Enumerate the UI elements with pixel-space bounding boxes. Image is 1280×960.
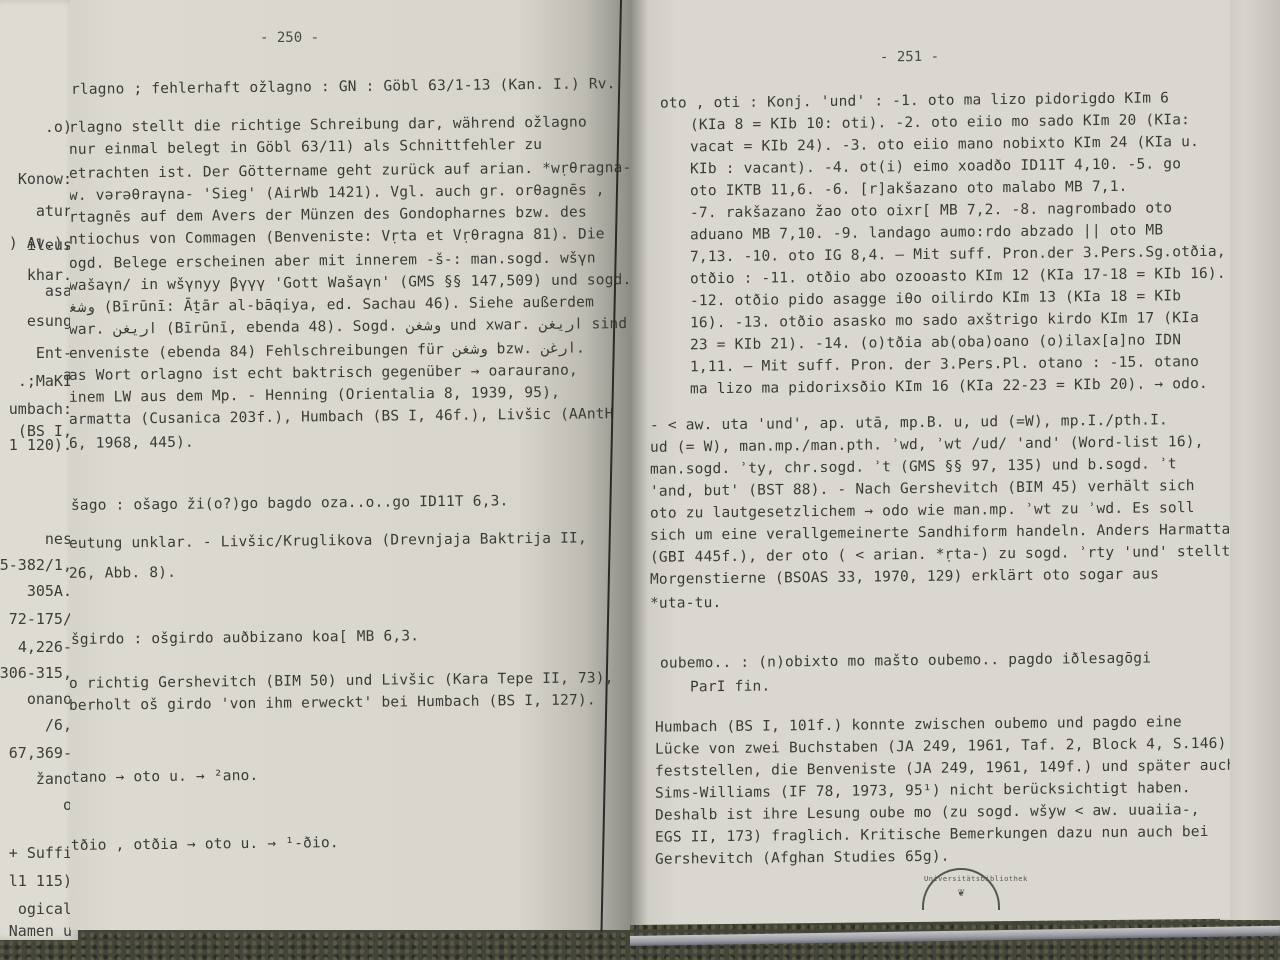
- fragment-line: 5-382/1,: [0, 556, 72, 574]
- left-page-line: ošgirdo : ošgirdo auðbizano koa[ MB 6,3.: [70, 628, 419, 648]
- right-page-line: Deshalb ist ihre Lesung oube mo (zu sogd…: [655, 802, 1200, 824]
- fragment-line: 4,226-: [18, 638, 72, 656]
- left-page-line: (nur einmal belegt in Göbl 63/11) als Sc…: [70, 137, 542, 158]
- right-page-line: sich um eine verallgemeinerte Sandhiform…: [650, 522, 1230, 544]
- fragment-line: . + Suffi: [0, 844, 72, 862]
- right-page-line: EGS II, 173) fraglich. Kritische Bemerku…: [655, 824, 1209, 846]
- right-page-line: Humbach (BS I, 101f.) konnte zwischen ou…: [655, 714, 1182, 736]
- left-page-line: einem LW aus dem Mp. - Henning (Oriental…: [70, 385, 560, 406]
- fragment-line: 305A.: [27, 582, 72, 600]
- right-page-line: Gershevitch (Afghan Studies 65g).: [655, 849, 950, 868]
- right-page-line: oto zu lautgesetzlichem → odo wie man.mp…: [650, 500, 1195, 522]
- right-page-line: aduano MB 7,10. -9. landago aumo:rdo abz…: [690, 222, 1163, 243]
- right-page-line: Lücke von zwei Buchstaben (JA 249, 1961,…: [655, 736, 1227, 758]
- right-page-line: *uta-tu.: [650, 595, 721, 612]
- right-page-line: (KIa 8 = KIb 10: oti). -2. oto eiio mo s…: [690, 112, 1190, 133]
- fragment-line: 67,369-: [9, 744, 72, 762]
- previous-page-fragment: .o)Konow:atur) Av.),ileuskhar.asaesung E…: [0, 0, 78, 940]
- library-emblem-icon: ❦: [924, 886, 998, 898]
- left-page-line: artagnēs auf dem Avers der Münzen des Go…: [70, 204, 587, 226]
- right-page-line: ParI fin.: [690, 679, 770, 696]
- fragment-line: .o): [45, 118, 72, 136]
- fragment-line: ileus: [27, 236, 72, 254]
- fragment-line: .;MaKI: [18, 372, 72, 390]
- right-page-line: otðio : -11. otðio abo ozooasto KIm 12 (…: [690, 266, 1226, 288]
- fragment-line: atur: [36, 202, 72, 220]
- left-page-line: ošago : ošago ži(o?)go bagdo oza..o..go …: [70, 493, 509, 514]
- left-page-line: überholt oš girdo 'von ihm erweckt' bei …: [70, 692, 596, 714]
- right-page-line: man.sogd. ʾty, chr.sogd. ʾt (GMS §§ 97, …: [650, 456, 1177, 478]
- left-page-line: Antiochus von Commagen (Benveniste: Vṛta…: [70, 226, 605, 248]
- left-page-line: otano → oto u. → ²ano.: [70, 768, 259, 786]
- right-page-line: ma lizo ma pidorixsðio KIm 16 (KIa 22-23…: [690, 376, 1208, 397]
- fragment-line: Konow:: [18, 170, 72, 188]
- right-page-line: oto IKTB 11,6. -6. [r]akšazano oto malab…: [690, 179, 1128, 200]
- fragment-line: Ent-: [36, 344, 72, 362]
- right-page-line: 'and, but' (BST 88). - Nach Gershevitch …: [650, 478, 1195, 500]
- right-page-line: (GBI 445f.), der oto ( < arian. *ṛta-) z…: [650, 544, 1230, 566]
- page-251: - 251 - oto , oti : Konj. 'und' : -1. ot…: [630, 0, 1230, 925]
- right-page-line: 16). -13. otðio asasko mo sado axštrigo …: [690, 310, 1199, 331]
- left-page-line: Benveniste (ebenda 84) Fehlschreibungen …: [70, 341, 585, 362]
- right-page-line: Morgenstierne (BSOAS 33, 1970, 129) erkl…: [650, 566, 1159, 587]
- fragment-line: l1 115): [9, 872, 72, 890]
- left-page-line: Das Wort orlagno ist echt baktrisch gege…: [70, 363, 578, 384]
- left-page-line: betrachten ist. Der Göttername geht zurü…: [70, 160, 630, 182]
- right-page-line: vacat = KIb 24). -3. oto eiio mano nobix…: [690, 134, 1199, 155]
- right-page-line: oto , oti : Konj. 'und' : -1. oto ma liz…: [660, 90, 1169, 111]
- page-number: - 250 -: [260, 30, 319, 46]
- page-number: - 251 -: [880, 49, 939, 66]
- fragment-line: 1 120).: [9, 436, 72, 454]
- left-page-line: orlagno stellt die richtige Schreibung d…: [70, 114, 587, 136]
- fragment-line: umbach:: [9, 400, 72, 418]
- left-page-line: otðio , otðia → oto u. → ¹-ðio.: [70, 835, 339, 854]
- right-page-line: feststellen, die Benveniste (JA 249, 196…: [655, 758, 1230, 780]
- fragment-line: nes: [45, 530, 72, 548]
- right-page-line: oubemo.. : (n)obixto mo mašto oubemo.. p…: [660, 651, 1151, 672]
- right-page-line: -12. otðio pido asagge iθo oilirdo KIm 1…: [690, 288, 1181, 309]
- fragment-line: /6,: [45, 716, 72, 734]
- right-page-line: KIb : vacant). -4. ot(i) eimo xoadðo ID1…: [690, 156, 1181, 177]
- left-page-line: So richtig Gershevitch (BIM 50) und Livš…: [70, 670, 614, 692]
- left-page-line: Deutung unklar. - Livšic/Kruglikova (Dre…: [70, 530, 587, 552]
- right-page-line: Sims-Williams (IF 78, 1973, 95¹) nicht b…: [655, 780, 1191, 802]
- right-page-line: 23 = KIb 21). -14. (o)tðia ab(oba)oano (…: [690, 332, 1181, 353]
- page-250: - 250 - orlagno ; fehlerhaft ožlagno : G…: [70, 0, 630, 930]
- left-page-line: /wašaγn/ in wšγnyy βγγγ 'Gott Wašaγn' (G…: [70, 272, 630, 294]
- fragment-line: ogical: [18, 900, 72, 918]
- fragment-line: onano: [27, 690, 72, 708]
- fragment-line: 72-175/: [9, 610, 72, 628]
- left-page-line: 16, 1968, 445).: [70, 435, 194, 452]
- left-page-line: Harmatta (Cusanica 203f.), Humbach (BS I…: [70, 406, 614, 428]
- right-page-line: ud (= W), man.mp./man.pth. ʾwd, ʾwt /ud/…: [650, 434, 1204, 456]
- right-page-line: - < aw. uta 'und', ap. utā, mp.B. u, ud …: [650, 412, 1168, 433]
- right-page-line: -7. rakšazano žao oto oixr[ MB 7,2. -8. …: [690, 200, 1172, 221]
- fragment-line: esung: [27, 312, 72, 330]
- fragment-line: žano: [36, 770, 72, 788]
- right-page-line: 7,13. -10. oto IG 8,4. — Mit suff. Pron.…: [690, 244, 1226, 266]
- right-page-line: 1,11. — Mit suff. Pron. der 3.Pers.Pl. o…: [690, 354, 1199, 375]
- library-stamp: Universitätsbibliothek ❦: [922, 868, 1000, 910]
- fragment-line: m Namen u: [0, 922, 72, 940]
- fragment-line: asa: [45, 282, 72, 300]
- left-page-line: sogd. Belege erscheinen aber mit innerem…: [70, 250, 596, 272]
- left-page-line: aw. vərəθraγna- 'Sieg' (AirWb 1421). Vgl…: [70, 182, 605, 204]
- fragment-line: 306-315,: [0, 664, 72, 682]
- left-page-line: orlagno ; fehlerhaft ožlagno : GN : Göbl…: [70, 76, 616, 98]
- left-page-line: وشغن (Bīrūnī: Āṯār al-bāqiya, ed. Sachau…: [70, 294, 594, 316]
- left-page-line: 126, Abb. 8).: [70, 565, 176, 582]
- stamp-text: Universitätsbibliothek: [924, 876, 998, 883]
- left-page-line: xwar. اریغن (Bīrūnī, ebenda 48). Sogd. و…: [70, 316, 630, 338]
